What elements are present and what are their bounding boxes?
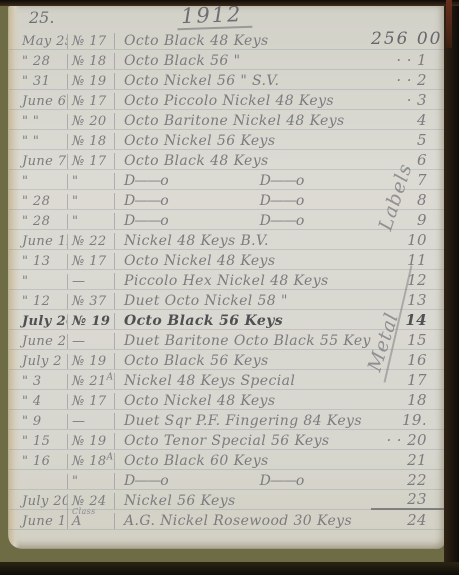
line-number-cell: 4 — [371, 111, 445, 129]
model-number-cell: № 18 — [67, 134, 114, 149]
description-cell: D——oD——o — [114, 193, 371, 209]
model-number-suffix: A — [107, 373, 114, 383]
model-number: № 17 — [72, 154, 107, 169]
model-number-cell: " — [67, 214, 114, 229]
date-cell: July 20 — [9, 494, 67, 509]
ledger-row: "—Piccolo Hex Nickel 48 Keys12 — [9, 270, 445, 290]
description-cell: Octo Black 48 Keys — [114, 33, 371, 49]
model-number-cell: " — [67, 174, 114, 189]
model-number-suffix: A — [107, 453, 114, 463]
model-number-cell: № 19 — [67, 74, 114, 89]
line-number-cell: 21 — [371, 451, 445, 469]
model-number: № 19 — [72, 74, 107, 89]
model-number-cell: № 37 — [67, 294, 114, 309]
ledger-row: " 28№ 18Octo Black 56 "· · 1 — [9, 50, 445, 70]
date-cell: June 6 — [9, 94, 67, 109]
date-cell: " 28 — [9, 214, 67, 229]
model-number-cell: — — [67, 414, 114, 429]
description-cell: Octo Nickel 48 Keys — [114, 253, 371, 269]
date-cell: " 3 — [9, 374, 67, 389]
description-cell: Duet Octo Nickel 58 " — [114, 293, 371, 309]
description-cell: Octo Nickel 48 Keys — [114, 393, 371, 409]
description-cell: Octo Black 56 " — [114, 53, 371, 69]
description-cell: Octo Tenor Special 56 Keys — [114, 433, 371, 449]
line-number-cell: 19. — [371, 411, 445, 429]
description-cell: Duet Sqr P.F. Fingering 84 Keys — [114, 413, 371, 429]
date-cell: June 7 — [9, 154, 67, 169]
model-number-cell: № 17 — [67, 154, 114, 169]
model-number-cell: № 21A — [67, 374, 114, 389]
model-number-cell: № 18A — [67, 454, 114, 469]
line-number-cell: 13 — [371, 291, 445, 309]
ledger-row: " "№ 18Octo Nickel 56 Keys5 — [9, 130, 445, 150]
date-cell: " 28 — [9, 194, 67, 209]
model-number: " — [72, 194, 78, 209]
description-cell: Octo Nickel 56 Keys — [114, 133, 371, 149]
ditto-mark: D——o — [260, 213, 304, 229]
model-number: № 19 — [72, 314, 110, 329]
ditto-mark: D——o — [260, 193, 304, 209]
model-number: — — [72, 274, 85, 289]
photo-edge-bottom — [0, 562, 459, 575]
description-cell: Nickel 56 Keys — [114, 493, 371, 509]
model-number-cell: № 22 — [67, 234, 114, 249]
ditto-mark: D——o — [260, 473, 304, 489]
model-number: № 17 — [72, 34, 107, 49]
photo-edge-top — [0, 0, 459, 6]
line-number-cell: 10 — [371, 231, 445, 249]
ledger-row: " 15№ 19Octo Tenor Special 56 Keys· · 20 — [9, 430, 445, 450]
line-number-cell: 24 — [371, 511, 445, 529]
line-number-cell: 22 — [371, 471, 445, 489]
model-number: " — [72, 474, 78, 489]
description-cell: A.G. Nickel Rosewood 30 Keys — [114, 513, 371, 529]
line-number-cell: 11 — [371, 251, 445, 269]
ditto-mark: D——o — [124, 193, 168, 209]
model-number: " — [72, 174, 78, 189]
date-cell: " 4 — [9, 394, 67, 409]
ledger-row: June 6№ 17Octo Piccolo Nickel 48 Keys· 3 — [9, 90, 445, 110]
description-cell: Piccolo Hex Nickel 48 Keys — [114, 273, 371, 289]
description-cell: D——oD——o — [114, 473, 371, 489]
line-number-cell: · · 2 — [371, 71, 445, 89]
ledger-row: " 4№ 17Octo Nickel 48 Keys18 — [9, 390, 445, 410]
ledger-row: " "№ 20Octo Baritone Nickel 48 Keys4 — [9, 110, 445, 130]
description-cell: Octo Baritone Nickel 48 Keys — [114, 113, 371, 129]
model-number-cell: № 18 — [67, 54, 114, 69]
book-spine-accent — [446, 0, 452, 48]
ledger-page: 25. 1912 May 25№ 17Octo Black 48 Keys256… — [8, 6, 445, 549]
ledger-row: ""D——oD——o7 — [9, 170, 445, 190]
date-cell: May 25 — [9, 34, 67, 49]
model-number-cell: № 17 — [67, 94, 114, 109]
date-cell: June 17 — [9, 514, 67, 529]
date-cell: " — [9, 174, 67, 189]
model-number: " — [72, 214, 78, 229]
description-cell: Nickel 48 Keys Special — [114, 373, 371, 389]
ditto-mark: D——o — [124, 173, 168, 189]
date-cell: " 9 — [9, 414, 67, 429]
date-cell: " 13 — [9, 254, 67, 269]
model-number-cell: № 19 — [67, 314, 114, 329]
description-cell: Octo Nickel 56 " S.V. — [114, 73, 371, 89]
model-number-cell: № 17 — [67, 394, 114, 409]
amount-cell: 256 00 — [371, 29, 445, 49]
model-number-cell: " — [67, 474, 114, 489]
line-number-cell: 5 — [371, 131, 445, 149]
model-number: № 17 — [72, 254, 107, 269]
date-cell: " " — [9, 114, 67, 129]
description-cell: Octo Black 48 Keys — [114, 153, 371, 169]
model-number-cell: " — [67, 194, 114, 209]
page-number: 25. — [29, 8, 54, 27]
model-number: — — [72, 414, 85, 429]
line-number-cell: · · 1 — [371, 51, 445, 69]
description-cell: Octo Black 56 Keys — [114, 353, 371, 369]
ditto-mark: D——o — [124, 473, 168, 489]
line-number-cell: 23 — [371, 490, 445, 510]
description-cell: D——oD——o — [114, 173, 371, 189]
ditto-mark: D——o — [124, 213, 168, 229]
model-number: № 17 — [72, 394, 107, 409]
model-number-cell: № 19 — [67, 354, 114, 369]
date-cell: " — [9, 274, 67, 289]
ledger-row: " 12№ 37Duet Octo Nickel 58 "13 — [9, 290, 445, 310]
model-number: № 20 — [72, 114, 107, 129]
ledger-row: " 16№ 18AOcto Black 60 Keys21 — [9, 450, 445, 470]
model-number: A — [72, 514, 82, 529]
date-cell: " 31 — [9, 74, 67, 89]
model-number-cell: — — [67, 334, 114, 349]
model-number: № 18 — [72, 134, 107, 149]
model-number: № 19 — [72, 434, 107, 449]
date-cell: June 12 — [9, 234, 67, 249]
description-cell: Octo Black 56 Keys — [114, 313, 371, 329]
description-cell: Nickel 48 Keys B.V. — [114, 233, 371, 249]
date-cell: July 2 — [9, 354, 67, 369]
model-number: — — [72, 334, 85, 349]
date-cell: " 16 — [9, 454, 67, 469]
date-cell: " 28 — [9, 54, 67, 69]
ledger-rows: May 25№ 17Octo Black 48 Keys256 00" 28№ … — [9, 30, 445, 530]
model-number-cell: № 17 — [67, 254, 114, 269]
description-cell: D——oD——o — [114, 213, 371, 229]
ledger-row: June 17ClassAA.G. Nickel Rosewood 30 Key… — [9, 510, 445, 530]
ledger-row: June 7№ 17Octo Black 48 Keys6 — [9, 150, 445, 170]
date-cell: " " — [9, 134, 67, 149]
model-number: № 21 — [72, 374, 107, 389]
ledger-scan-photo: 25. 1912 May 25№ 17Octo Black 48 Keys256… — [0, 0, 459, 575]
photo-edge-right — [444, 0, 459, 575]
model-number-cell: ClassA — [67, 509, 114, 529]
model-number-cell: № 20 — [67, 114, 114, 129]
model-number-cell: — — [67, 274, 114, 289]
description-cell: Octo Piccolo Nickel 48 Keys — [114, 93, 371, 109]
ledger-row: " 31№ 19Octo Nickel 56 " S.V.· · 2 — [9, 70, 445, 90]
ledger-row: " 9—Duet Sqr P.F. Fingering 84 Keys19. — [9, 410, 445, 430]
date-cell: June 21 — [9, 334, 67, 349]
date-cell: " 15 — [9, 434, 67, 449]
ledger-row: " 13№ 17Octo Nickel 48 Keys11 — [9, 250, 445, 270]
model-number-cell: № 19 — [67, 434, 114, 449]
description-cell: Duet Baritone Octo Black 55 Keys — [114, 333, 371, 349]
date-cell: " 12 — [9, 294, 67, 309]
ledger-row: "D——oD——o22 — [9, 470, 445, 490]
model-number: № 19 — [72, 354, 107, 369]
ledger-row: June 12№ 22Nickel 48 Keys B.V.10 — [9, 230, 445, 250]
line-number-cell: 18 — [371, 391, 445, 409]
model-number: № 22 — [72, 234, 107, 249]
line-number-cell: · · 20 — [371, 431, 445, 449]
model-number: № 18 — [72, 54, 107, 69]
date-cell: July 20 — [9, 314, 67, 329]
description-cell: Octo Black 60 Keys — [114, 453, 371, 469]
model-number: № 18 — [72, 454, 107, 469]
model-number-cell: № 17 — [67, 34, 114, 49]
ledger-row: May 25№ 17Octo Black 48 Keys256 00 — [9, 30, 445, 50]
model-number: № 17 — [72, 94, 107, 109]
line-number-cell: · 3 — [371, 91, 445, 109]
model-number: № 37 — [72, 294, 107, 309]
ditto-mark: D——o — [260, 173, 304, 189]
